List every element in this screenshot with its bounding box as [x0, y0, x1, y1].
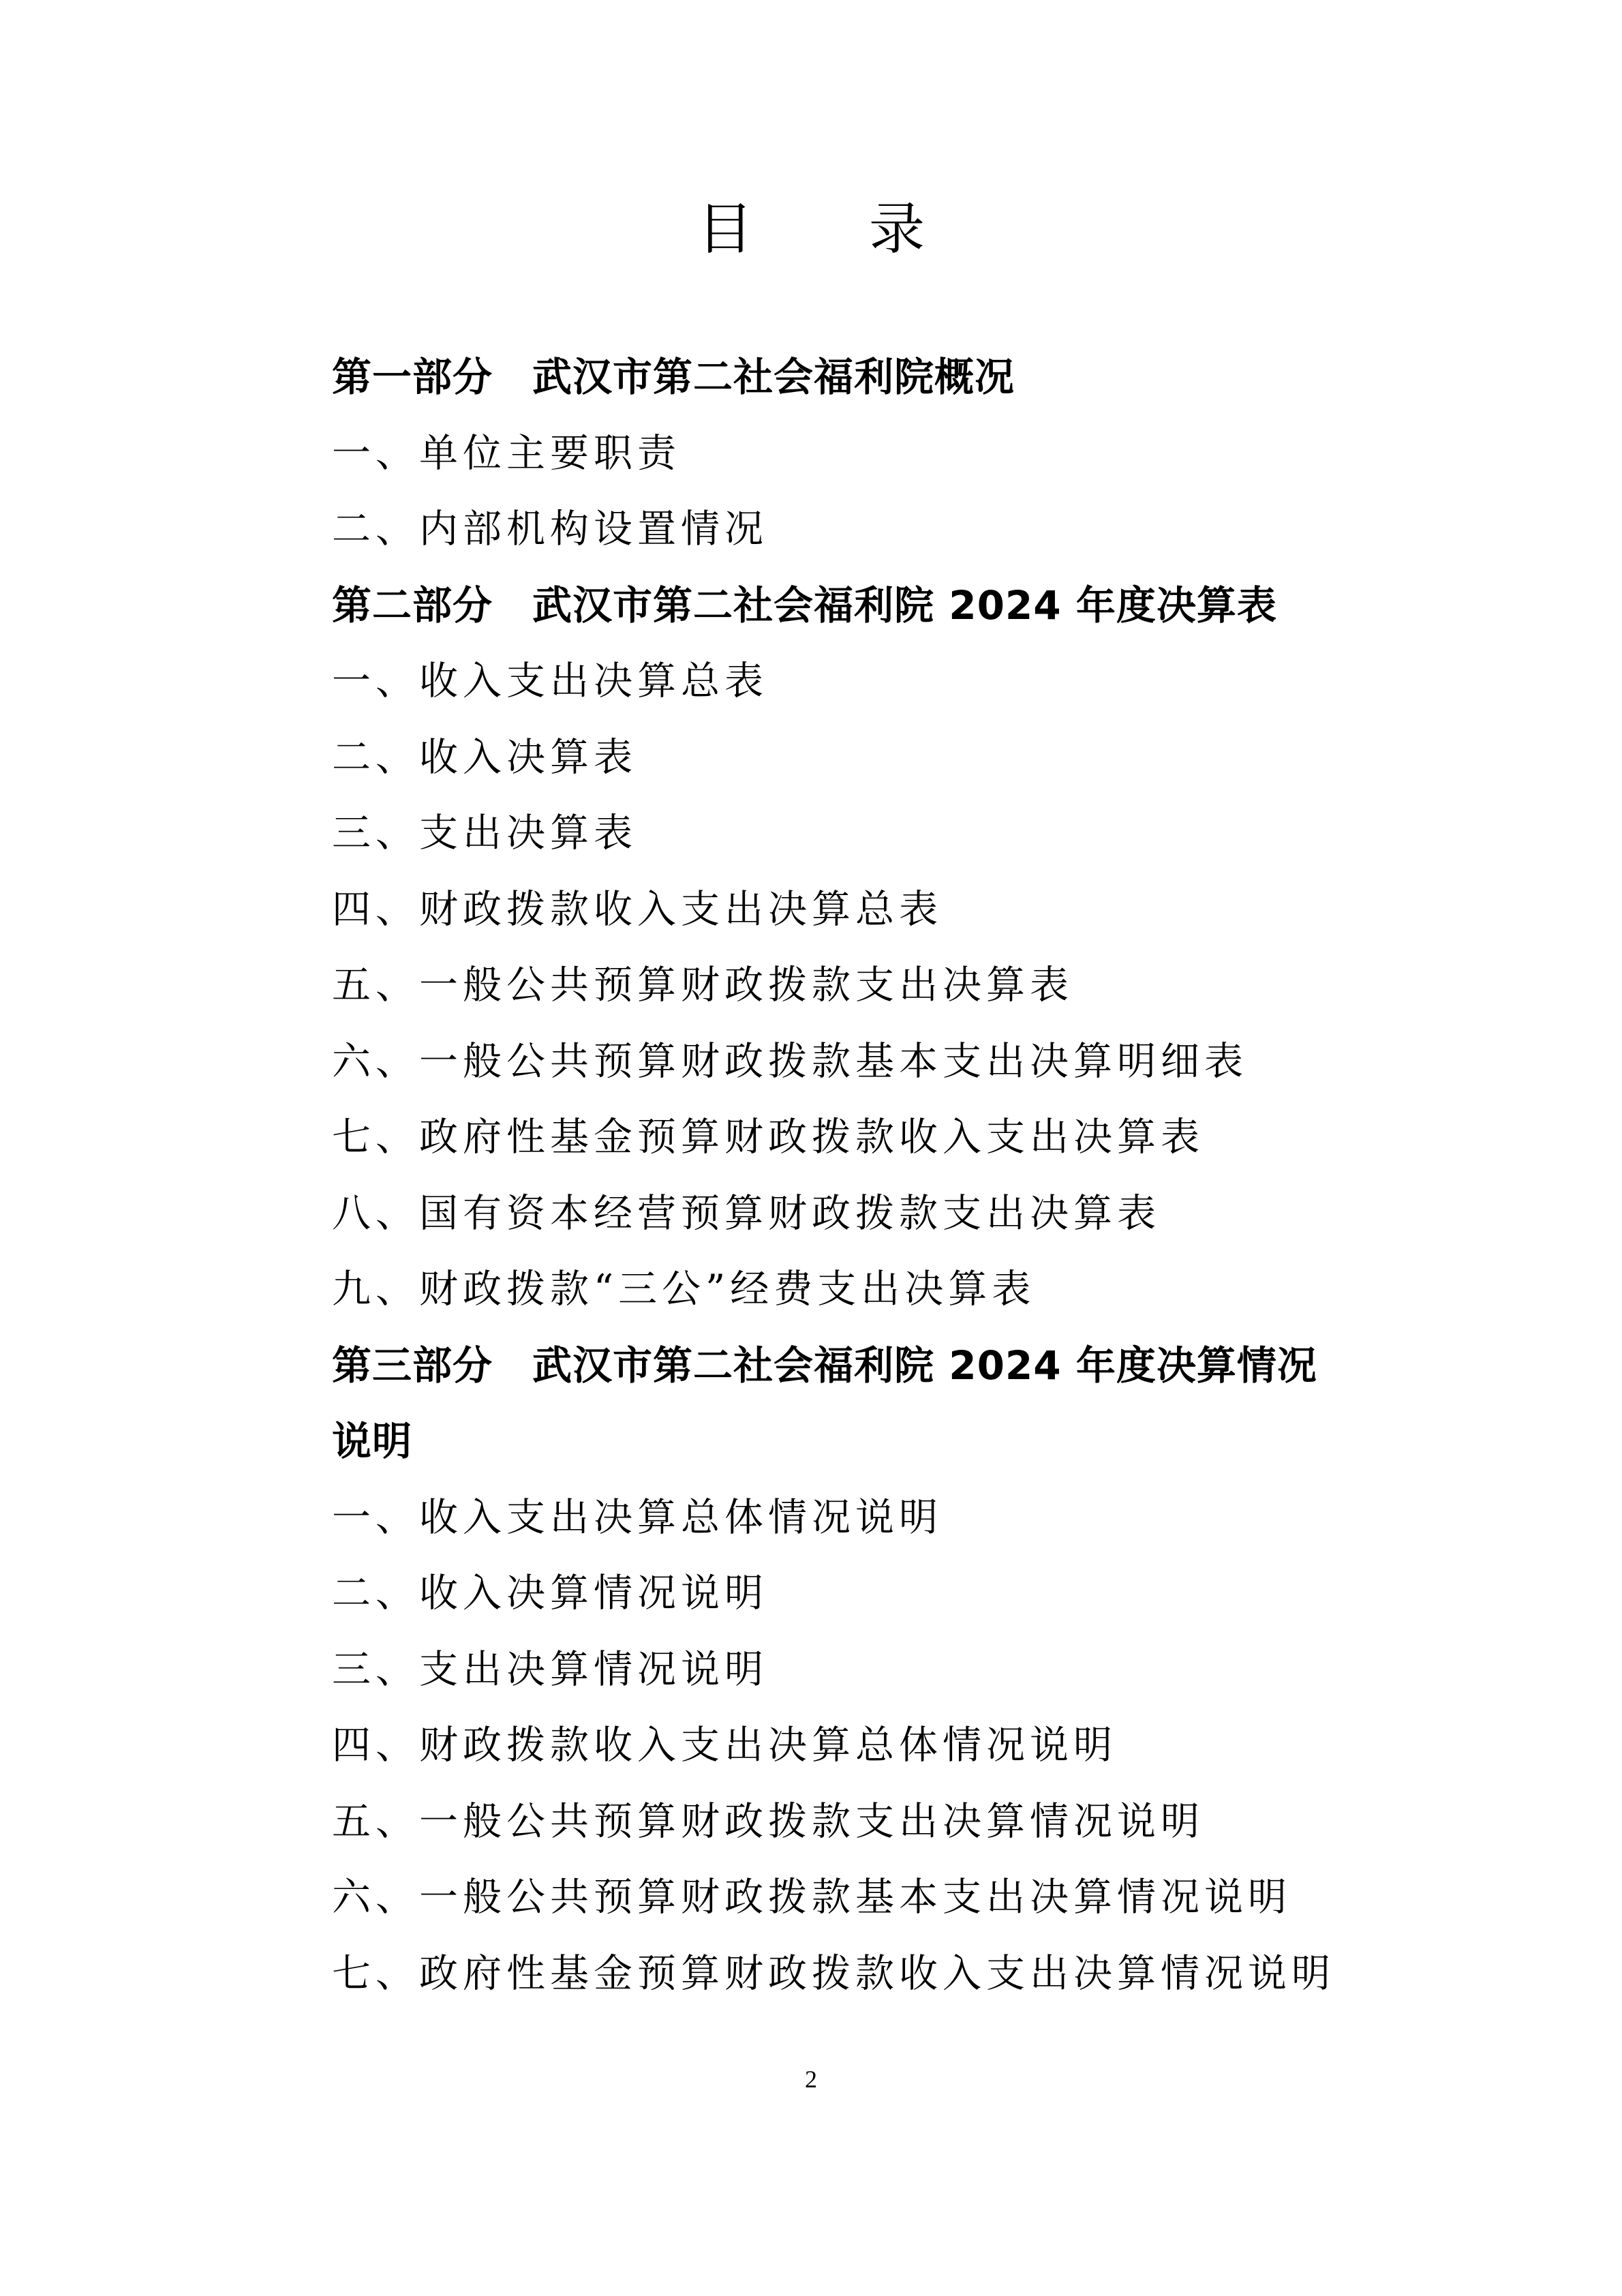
toc-item[interactable]: 六、一般公共预算财政拨款基本支出决算情况说明: [332, 1860, 1395, 1936]
toc-item[interactable]: 六、一般公共预算财政拨款基本支出决算明细表: [332, 1024, 1395, 1100]
part-title: 武汉市第二社会福利院 2024 年度决算情况: [532, 1342, 1317, 1389]
title-char-mu: 目: [697, 192, 753, 267]
part-title: 武汉市第二社会福利院 2024 年度决算表: [532, 582, 1277, 629]
part-label: 第一部分: [332, 339, 493, 416]
part-label: 第二部分: [332, 568, 493, 644]
toc-item[interactable]: 八、国有资本经营预算财政拨款支出决算表: [332, 1176, 1395, 1252]
toc-item[interactable]: 二、内部机构设置情况: [332, 492, 1395, 568]
toc-item[interactable]: 三、支出决算情况说明: [332, 1632, 1395, 1708]
toc-item[interactable]: 二、收入决算情况说明: [332, 1556, 1395, 1632]
toc-part-3-heading-continued[interactable]: 说明: [332, 1404, 1395, 1480]
toc-item[interactable]: 九、财政拨款“三公”经费支出决算表: [332, 1252, 1395, 1328]
table-of-contents: 第一部分武汉市第二社会福利院概况 一、单位主要职责 二、内部机构设置情况 第二部…: [332, 339, 1395, 2012]
toc-part-3-heading[interactable]: 第三部分武汉市第二社会福利院 2024 年度决算情况: [332, 1328, 1395, 1404]
toc-item[interactable]: 一、单位主要职责: [332, 416, 1395, 492]
toc-item[interactable]: 五、一般公共预算财政拨款支出决算情况说明: [332, 1784, 1395, 1860]
toc-part-2-heading[interactable]: 第二部分武汉市第二社会福利院 2024 年度决算表: [332, 568, 1395, 644]
toc-item[interactable]: 七、政府性基金预算财政拨款收入支出决算表: [332, 1100, 1395, 1176]
toc-item[interactable]: 七、政府性基金预算财政拨款收入支出决算情况说明: [332, 1936, 1395, 2012]
toc-item[interactable]: 一、收入支出决算总表: [332, 644, 1395, 720]
page-title: 目录: [0, 192, 1622, 267]
title-char-lu: 录: [869, 192, 925, 267]
page-number: 2: [0, 2062, 1622, 2096]
toc-item[interactable]: 三、支出决算表: [332, 796, 1395, 872]
toc-item[interactable]: 二、收入决算表: [332, 720, 1395, 796]
toc-part-1-heading[interactable]: 第一部分武汉市第二社会福利院概况: [332, 339, 1395, 416]
toc-item[interactable]: 一、收入支出决算总体情况说明: [332, 1480, 1395, 1556]
part-title: 武汉市第二社会福利院概况: [532, 354, 1015, 400]
toc-item[interactable]: 四、财政拨款收入支出决算总体情况说明: [332, 1708, 1395, 1784]
part-label: 第三部分: [332, 1328, 493, 1404]
toc-item[interactable]: 五、一般公共预算财政拨款支出决算表: [332, 948, 1395, 1024]
toc-item[interactable]: 四、财政拨款收入支出决算总表: [332, 872, 1395, 948]
